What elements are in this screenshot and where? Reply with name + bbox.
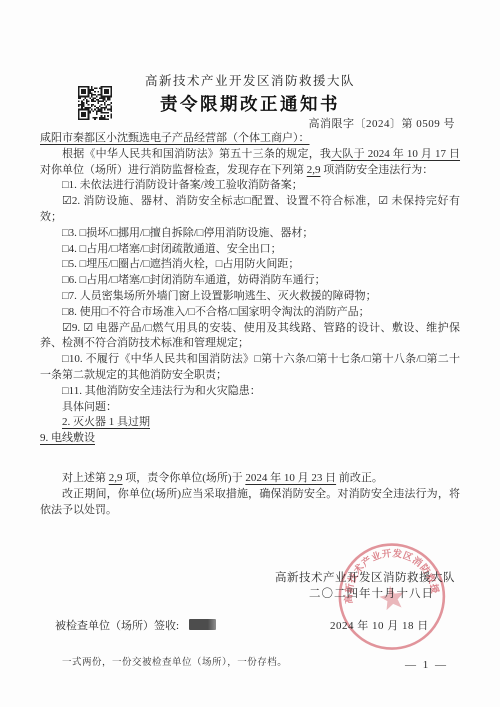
receipt-line: 被检查单位（场所）签收: bbox=[55, 617, 216, 633]
violation-item: □7. 人员密集场所外墙门窗上设置影响逃生、灭火救援的障碍物； bbox=[40, 289, 460, 305]
notice-document: 高新技术产业开发区消防救援大队 责令限期改正通知书 高消限字〔2024〕第 05… bbox=[0, 0, 500, 707]
correction-paragraph: 改正期间，你单位(场所)应当采取措施，确保消防安全。对消防安全违法行为，将依法予… bbox=[40, 487, 460, 519]
violation-item: □6. □占用/□堵塞/□封闭消防车通道，妨碍消防车通行； bbox=[40, 273, 460, 289]
intro-paragraph: 根据《中华人民共和国消防法》第五十三条的规定，我大队于 2024 年 10 月 … bbox=[40, 147, 460, 179]
violation-item: □1. 未依法进行消防设计备案/竣工验收消防备案； bbox=[40, 178, 460, 194]
order-paragraph: 对上述第 2,9 项，责令你单位(场所)于 2024 年 10 月 23 日 前… bbox=[40, 471, 460, 487]
violation-item-numbers-blank: 2,9 bbox=[307, 164, 321, 176]
specific-issue-item: 9. 电线敷设 bbox=[40, 431, 460, 447]
receipt-label: 被检查单位（场所）签收: bbox=[55, 620, 179, 632]
addressee-line: 咸阳市秦都区小沈甄选电子产品经营部（个体工商户）： bbox=[40, 131, 460, 147]
intro-text: 根据《中华人民共和国消防法》第五十三条的规定，我 bbox=[62, 148, 331, 160]
intro-text: 对你单位（场所）进行消防监督检查，发现存在下列第 bbox=[40, 164, 307, 176]
issue-text: 9. 电线敷设 bbox=[40, 432, 95, 444]
violation-item: ☑9. ☑ 电器产品/□燃气用具的安装、使用及其线路、管路的设计、敷设、维护保养… bbox=[40, 321, 460, 353]
violation-item: ☑2. 消防设施、器材、消防安全标志□配置、设置不符合标准，☑ 未保持完好有效； bbox=[40, 194, 460, 226]
copies-note: 一式两份，一份交被检查单位（场所），一份存档。 bbox=[62, 654, 287, 668]
violation-item: □8. 使用□不符合市场准入/□不合格/□国家明令淘汰的消防产品； bbox=[40, 305, 460, 321]
redacted-signature bbox=[189, 619, 216, 630]
spacer bbox=[40, 447, 460, 471]
violation-item: □11. 其他消防安全违法行为和火灾隐患： bbox=[40, 384, 460, 400]
page-number: — 1 — bbox=[405, 659, 448, 671]
specific-issue-item: 2. 灭火器 1 具过期 bbox=[40, 415, 460, 431]
signing-date-numeric: 2024 年 10 月 18 日 bbox=[330, 617, 429, 633]
inspection-date-blank: 大队于 2024 年 10 月 17 日 bbox=[331, 148, 460, 160]
signing-org: 高新技术产业开发区消防救援大队 bbox=[275, 569, 455, 585]
violation-item: □4. □占用/□堵塞/□封闭疏散通道、安全出口； bbox=[40, 242, 460, 258]
issue-text: 2. 灭火器 1 具过期 bbox=[62, 416, 150, 428]
violation-item: □10. 不履行《中华人民共和国消防法》□第十六条/□第十七条/□第十八条/□第… bbox=[40, 352, 460, 384]
deadline-date-blank: 2024 年 10 月 23 日 bbox=[245, 472, 336, 484]
specific-issues-label: 具体问题： bbox=[40, 400, 460, 416]
signing-date-chinese: 二〇二四年十月十八日 bbox=[309, 585, 434, 601]
intro-text: 项消防安全违法行为： bbox=[321, 164, 434, 176]
addressee-name: 咸阳市秦都区小沈甄选电子产品经营部（个体工商户）： bbox=[40, 132, 310, 144]
issuing-org: 高新技术产业开发区消防救援大队 bbox=[0, 71, 500, 89]
order-text: 前改正。 bbox=[336, 472, 383, 484]
order-text: 项，责令你单位(场所)于 bbox=[123, 472, 246, 484]
violation-item: □3. □损坏/□挪用/□擅自拆除/□停用消防设施、器材； bbox=[40, 226, 460, 242]
order-item-numbers-blank: 2,9 bbox=[109, 472, 123, 484]
document-title: 责令限期改正通知书 bbox=[0, 91, 500, 116]
order-text: 对上述第 bbox=[62, 472, 109, 484]
document-body: 咸阳市秦都区小沈甄选电子产品经营部（个体工商户）： 根据《中华人民共和国消防法》… bbox=[40, 131, 460, 518]
violation-item: □5. □埋压/□圈占/□遮挡消火栓，□占用防火间距； bbox=[40, 257, 460, 273]
document-number: 高消限字〔2024〕第 0509 号 bbox=[309, 115, 456, 131]
